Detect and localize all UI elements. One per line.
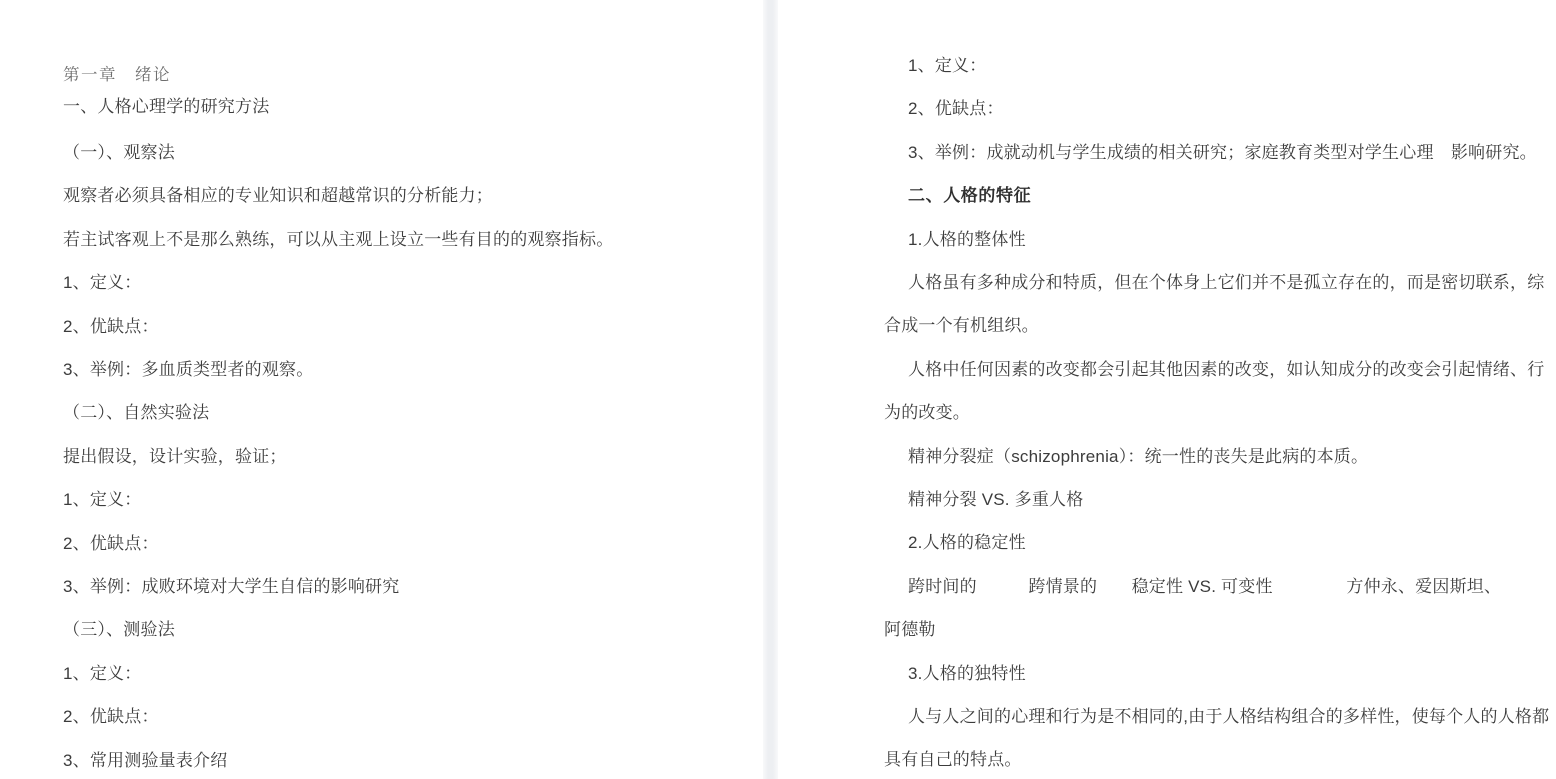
text-line: 具有自己的特点。 bbox=[884, 749, 1022, 771]
text-line: 合成一个有机组织。 bbox=[884, 315, 1039, 337]
text-line: 2、优缺点： bbox=[63, 316, 159, 338]
text-line: 精神分裂 VS. 多重人格 bbox=[908, 489, 1083, 511]
text-line: 3、举例：成败环境对大学生自信的影响研究 bbox=[63, 576, 399, 598]
page-right: 1、定义：2、优缺点：3、举例：成就动机与学生成绩的相关研究；家庭教育类型对学生… bbox=[778, 0, 1556, 779]
text-line: （一）、观察法 bbox=[63, 142, 175, 164]
text-line: 2、优缺点： bbox=[908, 98, 1004, 120]
document-view: 第一章 绪论一、人格心理学的研究方法（一）、观察法观察者必须具备相应的专业知识和… bbox=[0, 0, 1556, 779]
text-line: 若主试客观上不是那么熟练，可以从主观上设立一些有目的的观察指标。 bbox=[63, 229, 613, 251]
text-line: 1、定义： bbox=[63, 489, 141, 511]
text-line: 二、人格的特征 bbox=[908, 185, 1031, 207]
text-line: 3.人格的独特性 bbox=[908, 663, 1026, 685]
text-line: 一、人格心理学的研究方法 bbox=[63, 96, 269, 118]
text-line: 1.人格的整体性 bbox=[908, 229, 1026, 251]
text-line: 2、优缺点： bbox=[63, 706, 159, 728]
text-line: 提出假设，设计实验，验证； bbox=[63, 446, 287, 468]
text-line: （二）、自然实验法 bbox=[63, 402, 209, 424]
text-line: 3、常用测验量表介绍 bbox=[63, 750, 227, 772]
text-line: 1、定义： bbox=[908, 55, 986, 77]
text-line: 精神分裂症（schizophrenia）：统一性的丧失是此病的本质。 bbox=[908, 446, 1368, 468]
text-line: 2.人格的稳定性 bbox=[908, 532, 1026, 554]
text-line: 第一章 绪论 bbox=[63, 64, 171, 86]
text-line: 2、优缺点： bbox=[63, 533, 159, 555]
text-line: 3、举例：多血质类型者的观察。 bbox=[63, 359, 313, 381]
text-line: （三）、测验法 bbox=[63, 619, 175, 641]
text-line: 人格中任何因素的改变都会引起其他因素的改变，如认知成分的改变会引起情绪、行 bbox=[908, 359, 1544, 381]
text-line: 3、举例：成就动机与学生成绩的相关研究；家庭教育类型对学生心理 影响研究。 bbox=[908, 142, 1537, 164]
text-line: 为的改变。 bbox=[884, 402, 970, 424]
text-line: 人格虽有多种成分和特质，但在个体身上它们并不是孤立存在的，而是密切联系，综 bbox=[908, 272, 1544, 294]
text-line: 观察者必须具备相应的专业知识和超越常识的分析能力； bbox=[63, 185, 493, 207]
text-line: 1、定义： bbox=[63, 272, 141, 294]
text-line: 阿德勒 bbox=[884, 619, 936, 641]
page-gutter bbox=[763, 0, 778, 779]
text-line: 1、定义： bbox=[63, 663, 141, 685]
text-line: 跨时间的 跨情景的 稳定性 VS. 可变性 方仲永、爱因斯坦、 bbox=[908, 576, 1501, 598]
page-left: 第一章 绪论一、人格心理学的研究方法（一）、观察法观察者必须具备相应的专业知识和… bbox=[0, 0, 763, 779]
text-line: 人与人之间的心理和行为是不相同的,由于人格结构组合的多样性，使每个人的人格都 bbox=[908, 706, 1549, 728]
